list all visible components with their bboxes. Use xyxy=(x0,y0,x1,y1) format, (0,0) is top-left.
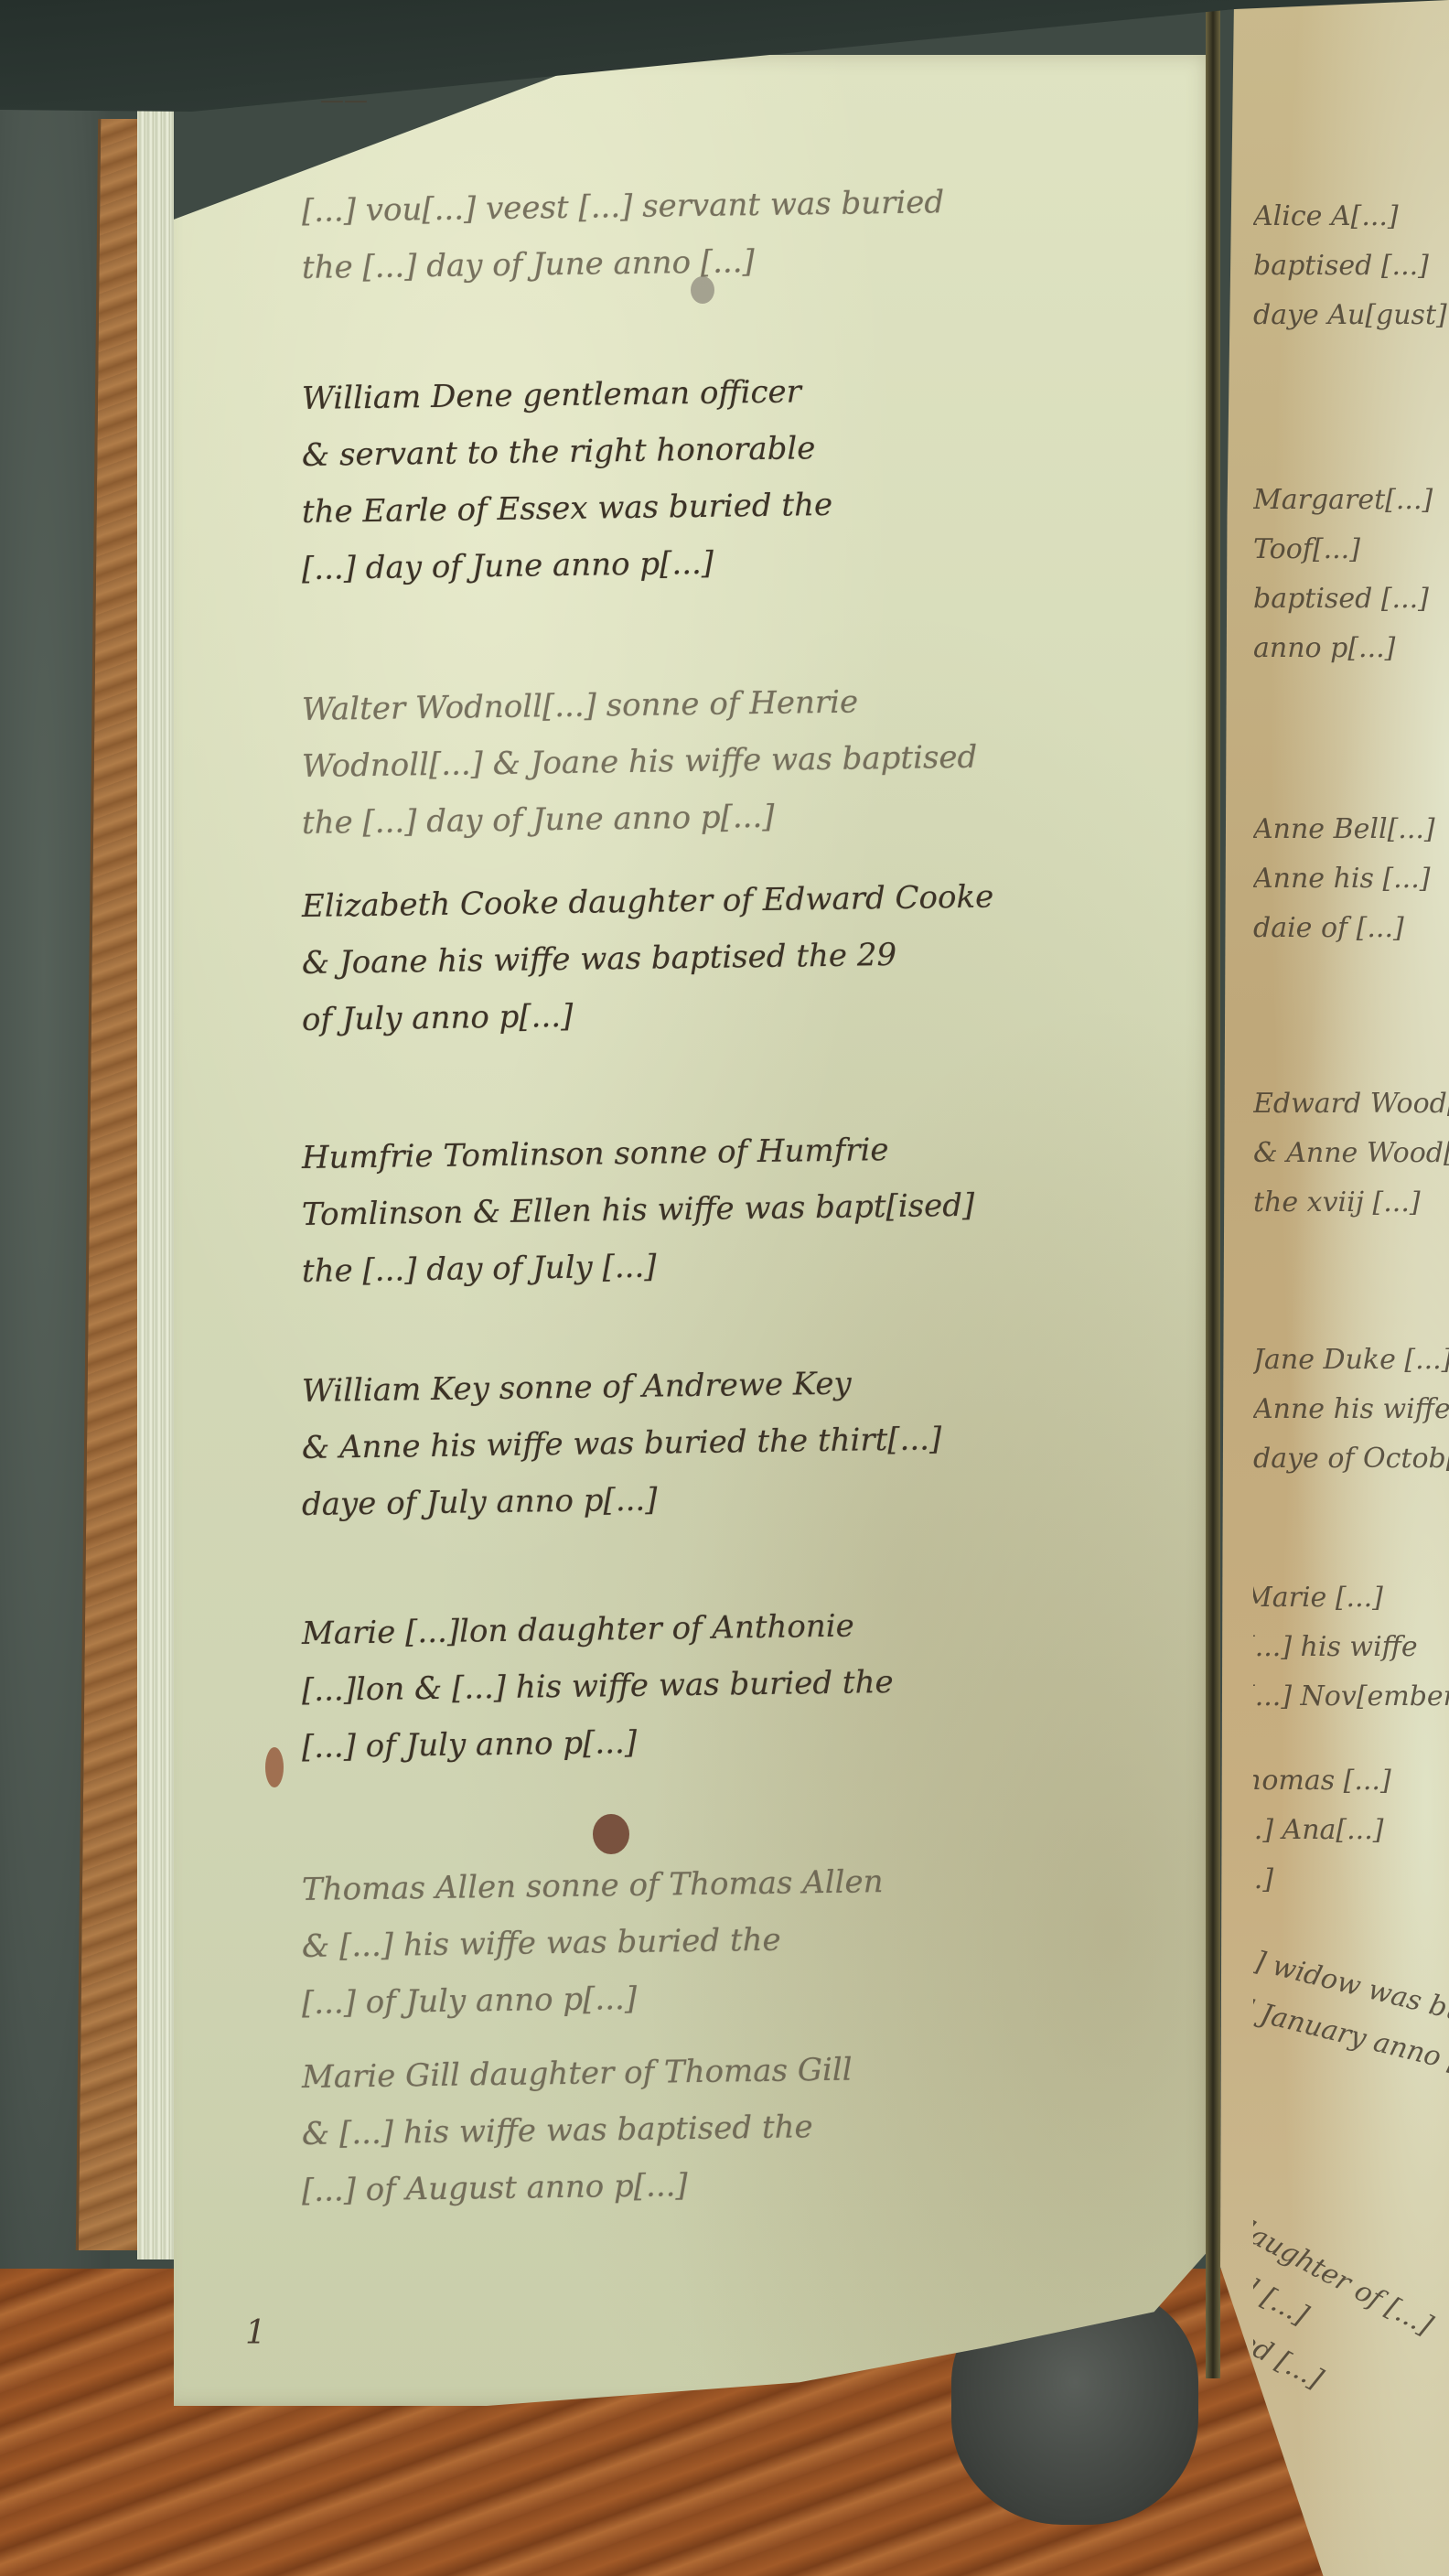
entry-line: & Anne his wiffe was buried the thirt[..… xyxy=(302,1411,942,1476)
entry-line: & [...] his wiffe was baptised the xyxy=(302,2098,853,2163)
right-page-text: Alice A[...] baptised [...] daye Au[gust… xyxy=(1253,0,1449,2576)
entry-line: [...] Ana[...] xyxy=(1253,1806,1391,1855)
entry-line: [...] vou[...] veest [...] servant was b… xyxy=(302,174,945,240)
entry-line: Thomas Allen sonne of Thomas Allen xyxy=(302,1853,884,1918)
register-entry: Thomas [...] [...] Ana[...] [...] xyxy=(1253,1756,1391,1905)
entry-line: of July anno p[...] xyxy=(302,982,994,1048)
entry-line: Edward Wood[...] xyxy=(1253,1079,1449,1129)
entry-line: [...] of July anno p[...] xyxy=(302,1711,894,1776)
entry-line: William Key sonne of Andrewe Key xyxy=(302,1354,942,1420)
entry-line: Thomas [...] xyxy=(1253,1756,1391,1806)
entry-line: Marie [...] xyxy=(1253,1573,1449,1623)
ink-stain xyxy=(265,1747,284,1787)
register-entry: [...] daughter of [...] [...] Gill [...]… xyxy=(1253,2177,1442,2437)
header-mark: —— xyxy=(320,87,368,114)
entry-line: the xviij [...] xyxy=(1253,1178,1449,1228)
entry-line: baptised [...] xyxy=(1253,241,1447,291)
entry-line: & Anne Wood[...] xyxy=(1253,1129,1449,1178)
entry-line: [...]lon & [...] his wiffe was buried th… xyxy=(302,1654,894,1719)
entry-line: Wodnoll[...] & Joane his wiffe was bapti… xyxy=(302,729,978,795)
page-edges xyxy=(137,110,174,2259)
folio-mark: 1 xyxy=(245,2314,266,2352)
entry-line: daye of Octob[er] xyxy=(1253,1434,1449,1484)
entry-line: Walter Wodnoll[...] sonne of Henrie xyxy=(302,672,978,738)
entry-line: Marie [...]lon daughter of Anthonie xyxy=(302,1597,894,1662)
register-entry: [...] vou[...] veest [...] servant was b… xyxy=(302,183,944,296)
entry-line: the Earle of Essex was buried the xyxy=(302,477,833,541)
register-entry: Alice A[...] baptised [...] daye Au[gust… xyxy=(1253,192,1447,340)
entry-line: Jane Duke [...] xyxy=(1253,1336,1449,1385)
register-entry: Thomas Allen sonne of Thomas Allen & [..… xyxy=(302,1862,884,2032)
entry-line: daie of [...] xyxy=(1253,904,1435,953)
entry-line: [...] his wiffe xyxy=(1253,1623,1449,1672)
register-entry: Elizabeth Cooke daughter of Edward Cooke… xyxy=(302,878,993,1048)
register-entry: Walter Wodnoll[...] sonne of Henrie Wodn… xyxy=(302,682,977,852)
entry-line: daye of July anno p[...] xyxy=(302,1467,942,1533)
entry-line: Elizabeth Cooke daughter of Edward Cooke xyxy=(302,868,994,935)
entry-line: the [...] day of June anno [...] xyxy=(302,231,945,296)
entry-line: Margaret[...] xyxy=(1253,476,1433,525)
register-entry: Humfrie Tomlinson sonne of Humfrie Tomli… xyxy=(302,1130,974,1300)
entry-line: & [...] his wiffe was buried the xyxy=(302,1910,884,1975)
register-entry: [...] widow was bur[ied] [...] January a… xyxy=(1253,1928,1449,2104)
entry-line: Marie Gill daughter of Thomas Gill xyxy=(302,2042,853,2106)
entry-line: baptised [...] xyxy=(1253,574,1433,624)
entry-line: Anne Bell[...] xyxy=(1253,805,1435,854)
entry-line: anno p[...] xyxy=(1253,624,1433,673)
entry-line: the [...] day of June anno p[...] xyxy=(302,786,978,852)
entry-line: & servant to the right honorable xyxy=(302,420,833,484)
entry-line: [...] xyxy=(1253,1855,1391,1905)
register-entry: William Dene gentleman officer & servant… xyxy=(302,370,832,597)
register-entry: Marie [...]lon daughter of Anthonie [...… xyxy=(302,1605,894,1776)
register-entry: Marie [...] [...] his wiffe [...] Nov[em… xyxy=(1253,1573,1449,1722)
entry-line: [...] of July anno p[...] xyxy=(302,1967,884,2032)
entry-line: [...] of August anno p[...] xyxy=(302,2155,853,2219)
register-entry: Anne Bell[...] Anne his [...] daie of [.… xyxy=(1253,805,1435,953)
entry-line: the [...] day of July [...] xyxy=(302,1234,975,1300)
entry-line: Humfrie Tomlinson sonne of Humfrie xyxy=(302,1121,975,1186)
register-entry: Edward Wood[...] & Anne Wood[...] the xv… xyxy=(1253,1079,1449,1228)
entry-line: [...] day of June anno p[...] xyxy=(302,533,833,597)
register-entry: Marie Gill daughter of Thomas Gill & [..… xyxy=(302,2049,853,2219)
entry-line: [...] Nov[ember] xyxy=(1253,1672,1449,1722)
entry-line: & Joane his wiffe was baptised the 29 xyxy=(302,925,994,992)
register-entry: William Key sonne of Andrewe Key & Anne … xyxy=(302,1363,941,1533)
ink-stain xyxy=(593,1814,629,1854)
book-gutter xyxy=(1206,0,1220,2378)
entry-line: Tomlinson & Ellen his wiffe was bapt[ise… xyxy=(302,1177,975,1243)
register-entry: Jane Duke [...] Anne his wiffe [...] day… xyxy=(1253,1336,1449,1484)
register-entry: Margaret[...] Toof[...] baptised [...] a… xyxy=(1253,476,1433,673)
entry-line: Anne his wiffe [...] xyxy=(1253,1385,1449,1434)
entry-line: Anne his [...] xyxy=(1253,854,1435,904)
entry-line: daye Au[gust] xyxy=(1253,291,1447,340)
entry-line: William Dene gentleman officer xyxy=(302,363,833,427)
entry-line: Alice A[...] xyxy=(1253,192,1447,241)
entry-line: Toof[...] xyxy=(1253,525,1433,574)
